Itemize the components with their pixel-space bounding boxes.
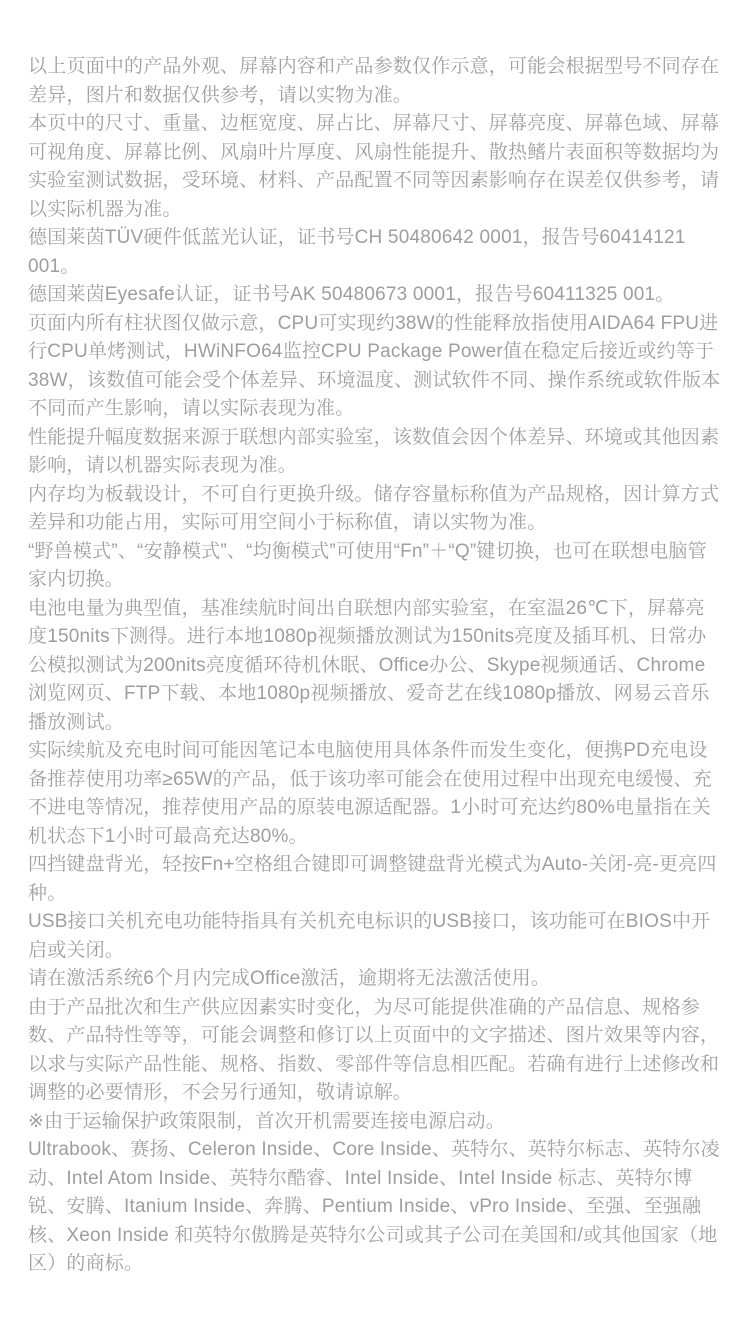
disclaimer-paragraph: ※由于运输保护政策限制，首次开机需要连接电源启动。	[28, 1108, 723, 1137]
disclaimer-paragraph: 本页中的尺寸、重量、边框宽度、屏占比、屏幕尺寸、屏幕亮度、屏幕色域、屏幕可视角度…	[28, 110, 723, 224]
disclaimer-paragraph: USB接口关机充电功能特指具有关机充电标识的USB接口，该功能可在BIOS中开启…	[28, 908, 723, 965]
disclaimer-paragraph: 性能提升幅度数据来源于联想内部实验室，该数值会因个体差异、环境或其他因素影响，请…	[28, 424, 723, 481]
disclaimer-paragraph: 页面内所有柱状图仅做示意，CPU可实现约38W的性能释放指使用AIDA64 FP…	[28, 310, 723, 424]
disclaimer-paragraph: 以上页面中的产品外观、屏幕内容和产品参数仅作示意，可能会根据型号不同存在差异，图…	[28, 53, 723, 110]
disclaimer-paragraph: Ultrabook、赛扬、Celeron Inside、Core Inside、…	[28, 1136, 723, 1279]
product-disclaimer-page: 以上页面中的产品外观、屏幕内容和产品参数仅作示意，可能会根据型号不同存在差异，图…	[0, 0, 750, 1319]
disclaimer-paragraph: 请在激活系统6个月内完成Office激活，逾期将无法激活使用。	[28, 965, 723, 994]
disclaimer-paragraph: 德国莱茵Eyesafe认证，证书号AK 50480673 0001，报告号604…	[28, 281, 723, 310]
disclaimer-paragraph: 实际续航及充电时间可能因笔记本电脑使用具体条件而发生变化，便携PD充电设备推荐使…	[28, 737, 723, 851]
disclaimer-paragraph: 内存均为板载设计，不可自行更换升级。储存容量标称值为产品规格，因计算方式差异和功…	[28, 481, 723, 538]
disclaimer-paragraph: “野兽模式”、“安静模式”、“均衡模式”可使用“Fn”＋“Q”键切换，也可在联想…	[28, 538, 723, 595]
disclaimer-text-block: 以上页面中的产品外观、屏幕内容和产品参数仅作示意，可能会根据型号不同存在差异，图…	[28, 53, 723, 1279]
disclaimer-paragraph: 四挡键盘背光，轻按Fn+空格组合键即可调整键盘背光模式为Auto-关闭-亮-更亮…	[28, 851, 723, 908]
disclaimer-paragraph: 德国莱茵TÜV硬件低蓝光认证，证书号CH 50480642 0001，报告号60…	[28, 224, 723, 281]
disclaimer-paragraph: 由于产品批次和生产供应因素实时变化，为尽可能提供准确的产品信息、规格参数、产品特…	[28, 994, 723, 1108]
disclaimer-paragraph: 电池电量为典型值，基准续航时间出自联想内部实验室，在室温26℃下，屏幕亮度150…	[28, 595, 723, 738]
